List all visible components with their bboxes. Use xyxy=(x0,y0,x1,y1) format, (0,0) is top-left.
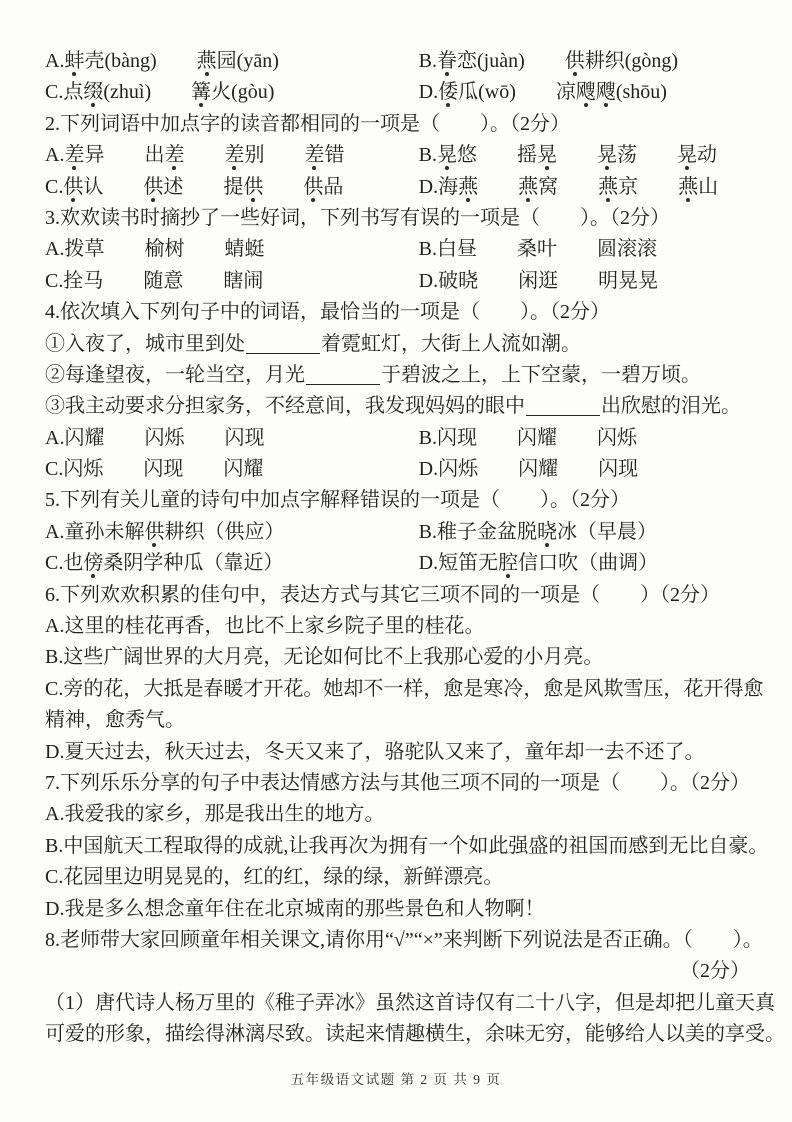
text-segment: C.花园里边明晃晃的，红的红，绿的绿，新鲜漂亮。 xyxy=(45,866,503,888)
line-column: A.这里的桂花再香，也比不上家乡院子里的桂花。 xyxy=(45,611,750,642)
line-column: B.闪现闪耀闪烁 xyxy=(419,423,750,454)
line-column: 5.下列有关儿童的诗句中加点字解释错误的一项是（ ）。（2分） xyxy=(45,485,750,516)
line-column: B.眷恋(juàn)供耕织(gòng) xyxy=(419,46,750,77)
line-column: D.倭瓜(wō)凉飕飕(shōu) xyxy=(419,77,750,108)
text-segment: A.闪耀 xyxy=(45,427,104,449)
emphasized-char: 晃 xyxy=(537,145,557,165)
emphasized-char: 差 xyxy=(304,145,324,165)
q8-score: （2分） xyxy=(45,956,750,987)
word: 燕园(yān) xyxy=(197,46,279,77)
text-segment: 闪现 xyxy=(143,458,183,480)
emphasized-char: 眷 xyxy=(437,51,457,71)
line-column: （1）唐代诗人杨万里的《稚子弄冰》虽然这首诗仅有二十八字，但是却把儿童天真 xyxy=(45,988,750,1019)
word: 4.依次填入下列句子中的词语，最恰当的一项是（ ）。（2分） xyxy=(45,297,610,328)
line-column: A.蚌壳(bàng)燕园(yān) xyxy=(45,46,419,77)
answer-blank[interactable] xyxy=(526,397,600,416)
line-column: 精神，愈秀气。 xyxy=(45,705,750,736)
line-column: 2.下列词语中加点字的读音都相同的一项是（ ）。（2分） xyxy=(45,109,750,140)
word: 桑叶 xyxy=(517,234,557,265)
emphasized-char: 燕 xyxy=(197,51,217,71)
q3-stem: 3.欢欢读书时摘抄了一些好词，下列书写有误的一项是（ ）。（2分） xyxy=(45,203,750,234)
word: 出差 xyxy=(144,140,184,171)
word: 可爱的形象，描绘得淋漓尽致。读起来情趣横生，余味无穷，能够给人以美的享受。 xyxy=(45,1019,785,1050)
text-segment: 述 xyxy=(163,176,183,198)
text-segment: 京 xyxy=(618,176,638,198)
word: 燕山 xyxy=(678,172,718,203)
q4-sentence-1: ①入夜了，城市里到处着霓虹灯，大街上人流如潮。 xyxy=(45,329,750,360)
word: 6.下列欢欢积累的佳句中，表达方式与其它三项不同的一项是（ ）（2分） xyxy=(45,580,720,611)
text-segment: 异 xyxy=(84,144,104,166)
word: D.闪烁 xyxy=(419,454,478,485)
word: D.破晓 xyxy=(419,266,478,297)
text-segment: 认 xyxy=(83,176,103,198)
text-segment: A.童孙未解 xyxy=(45,521,144,543)
text-segment: 明晃晃 xyxy=(598,270,658,292)
word: B.闪现 xyxy=(419,423,477,454)
word: A.闪耀 xyxy=(45,423,104,454)
text-segment: C.也 xyxy=(45,552,83,574)
emphasized-char: 供 xyxy=(63,177,83,197)
line-column: D.我是多么想念童年住在北京城南的那些景色和人物啊！ xyxy=(45,894,750,925)
text-segment: （1）唐代诗人杨万里的《稚子弄冰》虽然这首诗仅有二十八字，但是却把儿童天真 xyxy=(45,992,775,1014)
text-segment: 闪现 xyxy=(598,458,638,480)
word: 篝火(gòu) xyxy=(191,77,274,108)
text-segment: 蜻蜓 xyxy=(224,238,264,260)
word: D.海燕 xyxy=(419,172,478,203)
text-segment: D.破晓 xyxy=(419,270,478,292)
text-segment: 园(yān) xyxy=(217,50,279,72)
text-segment: 4.依次填入下列句子中的词语，最恰当的一项是（ ）。（2分） xyxy=(45,301,610,323)
emphasized-char: 晃 xyxy=(437,145,457,165)
word: 燕窝 xyxy=(518,172,558,203)
q3-options-ab: A.拨草榆树蜻蜓B.白昼桑叶圆滚滚 xyxy=(45,234,750,265)
line-column: A.我爱我的家乡，那是我出生的地方。 xyxy=(45,799,750,830)
emphasized-char: 燕 xyxy=(678,177,698,197)
text-segment: 冰（早晨） xyxy=(557,521,657,543)
text-segment: 圆滚滚 xyxy=(597,238,657,260)
text-segment: 凉 xyxy=(556,81,576,103)
text-segment: 8.老师带大家回顾童年相关课文,请你用“√”“×”来判断下列说法是否正确。（ ）… xyxy=(45,929,763,951)
q4-stem: 4.依次填入下列句子中的词语，最恰当的一项是（ ）。（2分） xyxy=(45,297,750,328)
line-column: C.点缀(zhuì)篝火(gòu) xyxy=(45,77,419,108)
text-segment: 出欣慰的泪光。 xyxy=(601,395,741,417)
word: 摇晃 xyxy=(517,140,557,171)
q3-options-cd: C.拴马随意瞎闹D.破晓闲逛明晃晃 xyxy=(45,266,750,297)
text-segment: 窝 xyxy=(538,176,558,198)
line-column: B.中国航天工程取得的成就,让我再次为拥有一个如此强盛的祖国而感到无比自豪。 xyxy=(45,831,750,862)
text-segment: (shōu) xyxy=(616,81,667,103)
text-segment: (zhuì) xyxy=(103,81,151,103)
text-segment: 别 xyxy=(244,144,264,166)
text-segment: 闲逛 xyxy=(518,270,558,292)
q1-options-ab: A.蚌壳(bàng)燕园(yān)B.眷恋(juàn)供耕织(gòng) xyxy=(45,46,750,77)
word: （2分） xyxy=(680,956,750,987)
word: C.也傍桑阴学种瓜（靠近） xyxy=(45,548,283,579)
text-segment: B.闪现 xyxy=(419,427,477,449)
text-segment: 悠 xyxy=(457,144,477,166)
emphasized-char: 差 xyxy=(164,145,184,165)
q6-stem: 6.下列欢欢积累的佳句中，表达方式与其它三项不同的一项是（ ）（2分） xyxy=(45,580,750,611)
line-column: A.拨草榆树蜻蜓 xyxy=(45,234,419,265)
word: 蜻蜓 xyxy=(224,234,264,265)
word: B.眷恋(juàn) xyxy=(419,46,525,77)
word: B.这些广阔世界的大月亮，无论如何比不上我那心爱的小月亮。 xyxy=(45,642,603,673)
text-segment: 精神，愈秀气。 xyxy=(45,709,185,731)
q4-sentence-3: ③我主动要求分担家务，不经意间，我发现妈妈的眼中出欣慰的泪光。 xyxy=(45,391,750,422)
text-segment: B.中国航天工程取得的成就,让我再次为拥有一个如此强盛的祖国而感到无比自豪。 xyxy=(45,835,768,857)
text-segment: 火(gòu) xyxy=(211,81,274,103)
emphasized-char: 倭 xyxy=(438,82,458,102)
line-column: B.白昼桑叶圆滚滚 xyxy=(419,234,750,265)
q7-stem: 7.下列乐乐分享的句子中表达情感方法与其他三项不同的一项是（ ）。（2分） xyxy=(45,768,750,799)
word: 闪烁 xyxy=(597,423,637,454)
word: B.晃悠 xyxy=(419,140,477,171)
emphasized-char: 燕 xyxy=(598,177,618,197)
text-segment: D.海 xyxy=(419,176,458,198)
word: 8.老师带大家回顾童年相关课文,请你用“√”“×”来判断下列说法是否正确。（ ）… xyxy=(45,925,763,956)
line-column: C.闪烁闪现闪耀 xyxy=(45,454,419,485)
word: 5.下列有关儿童的诗句中加点字解释错误的一项是（ ）。（2分） xyxy=(45,485,630,516)
q7-option-d: D.我是多么想念童年住在北京城南的那些景色和人物啊！ xyxy=(45,894,750,925)
text-segment: B.稚子金盆脱 xyxy=(419,521,537,543)
q6-option-a: A.这里的桂花再香，也比不上家乡院子里的桂花。 xyxy=(45,611,750,642)
word: 2.下列词语中加点字的读音都相同的一项是（ ）。（2分） xyxy=(45,109,570,140)
exam-page: A.蚌壳(bàng)燕园(yān)B.眷恋(juàn)供耕织(gòng)C.点缀… xyxy=(0,0,792,1122)
text-segment: 闪烁 xyxy=(144,427,184,449)
text-segment: 瞎闹 xyxy=(223,270,263,292)
word: ②每逢望夜，一轮当空，月光于碧波之上，上下空蒙，一碧万顷。 xyxy=(45,360,701,391)
text-segment: B.这些广阔世界的大月亮，无论如何比不上我那心爱的小月亮。 xyxy=(45,646,603,668)
emphasized-char: 蚌 xyxy=(64,51,84,71)
text-segment: 错 xyxy=(324,144,344,166)
line-column: ③我主动要求分担家务，不经意间，我发现妈妈的眼中出欣慰的泪光。 xyxy=(45,391,750,422)
text-segment: 桑叶 xyxy=(517,238,557,260)
text-segment: 6.下列欢欢积累的佳句中，表达方式与其它三项不同的一项是（ ）（2分） xyxy=(45,584,720,606)
text-segment: 7.下列乐乐分享的句子中表达情感方法与其他三项不同的一项是（ ）。（2分） xyxy=(45,772,750,794)
text-segment: 桑阴学种瓜（靠近） xyxy=(103,552,283,574)
word: 晃动 xyxy=(677,140,717,171)
text-segment: A. xyxy=(45,144,64,166)
text-segment: 山 xyxy=(698,176,718,198)
text-segment: C.拴马 xyxy=(45,270,103,292)
word: 随意 xyxy=(143,266,183,297)
q2-options-ab: A.差异出差差别差错B.晃悠摇晃晃荡晃动 xyxy=(45,140,750,171)
emphasized-char: 缀 xyxy=(83,82,103,102)
text-segment: 可爱的形象，描绘得淋漓尽致。读起来情趣横生，余味无穷，能够给人以美的享受。 xyxy=(45,1023,785,1045)
line-column: 3.欢欢读书时摘抄了一些好词，下列书写有误的一项是（ ）。（2分） xyxy=(45,203,750,234)
emphasized-char: 晃 xyxy=(597,145,617,165)
line-column: B.稚子金盆脱晓冰（早晨） xyxy=(419,517,750,548)
word: 3.欢欢读书时摘抄了一些好词，下列书写有误的一项是（ ）。（2分） xyxy=(45,203,670,234)
text-segment: C.闪烁 xyxy=(45,458,103,480)
word: 供耕织(gòng) xyxy=(565,46,678,77)
emphasized-char: 供 xyxy=(143,177,163,197)
word: 燕京 xyxy=(598,172,638,203)
text-segment: 壳(bàng) xyxy=(84,50,156,72)
line-column: ②每逢望夜，一轮当空，月光于碧波之上，上下空蒙，一碧万顷。 xyxy=(45,360,750,391)
text-segment: A. xyxy=(45,50,64,72)
line-column: 4.依次填入下列句子中的词语，最恰当的一项是（ ）。（2分） xyxy=(45,297,750,328)
text-segment: C. xyxy=(45,176,63,198)
word: 供品 xyxy=(303,172,343,203)
q4-options-ab: A.闪耀闪烁闪现B.闪现闪耀闪烁 xyxy=(45,423,750,454)
line-column: C.旁的花，大抵是春暖才开花。她却不一样，愈是寒冷，愈是风欺雪压，花开得愈 xyxy=(45,674,750,705)
word: A.拨草 xyxy=(45,234,104,265)
text-segment: 提 xyxy=(223,176,243,198)
word: 闪现 xyxy=(224,423,264,454)
answer-blank[interactable] xyxy=(246,335,320,354)
q4-sentence-2: ②每逢望夜，一轮当空，月光于碧波之上，上下空蒙，一碧万顷。 xyxy=(45,360,750,391)
emphasized-char: 晓 xyxy=(537,522,557,542)
q8-stem: 8.老师带大家回顾童年相关课文,请你用“√”“×”来判断下列说法是否正确。（ ）… xyxy=(45,925,750,956)
word: 闪现 xyxy=(598,454,638,485)
line-column: 6.下列欢欢积累的佳句中，表达方式与其它三项不同的一项是（ ）（2分） xyxy=(45,580,750,611)
emphasized-char: 燕 xyxy=(458,177,478,197)
text-segment: 闪现 xyxy=(224,427,264,449)
q1-options-cd: C.点缀(zhuì)篝火(gòu)D.倭瓜(wō)凉飕飕(shōu) xyxy=(45,77,750,108)
exam-body: A.蚌壳(bàng)燕园(yān)B.眷恋(juàn)供耕织(gòng)C.点缀… xyxy=(45,46,750,1051)
text-segment: D.短笛无 xyxy=(419,552,498,574)
text-segment: C.点 xyxy=(45,81,83,103)
line-column: B.晃悠摇晃晃荡晃动 xyxy=(419,140,750,171)
line-column: D.闪烁闪耀闪现 xyxy=(419,454,750,485)
line-column: C.供认供述提供供品 xyxy=(45,172,419,203)
text-segment: 闪烁 xyxy=(597,427,637,449)
text-segment: 出 xyxy=(144,144,164,166)
line-column: C.拴马随意瞎闹 xyxy=(45,266,419,297)
word: A.差异 xyxy=(45,140,104,171)
word: D.我是多么想念童年住在北京城南的那些景色和人物啊！ xyxy=(45,894,544,925)
word: B.白昼 xyxy=(419,234,477,265)
q2-stem: 2.下列词语中加点字的读音都相同的一项是（ ）。（2分） xyxy=(45,109,750,140)
emphasized-char: 供 xyxy=(144,522,164,542)
line-column: 7.下列乐乐分享的句子中表达情感方法与其他三项不同的一项是（ ）。（2分） xyxy=(45,768,750,799)
text-segment: （2分） xyxy=(680,960,750,982)
emphasized-char: 傍 xyxy=(83,553,103,573)
line-column: D.短笛无腔信口吹（曲调） xyxy=(419,548,750,579)
word: 差别 xyxy=(224,140,264,171)
word: 差错 xyxy=(304,140,344,171)
q7-option-c: C.花园里边明晃晃的，红的红，绿的绿，新鲜漂亮。 xyxy=(45,862,750,893)
text-segment: B. xyxy=(419,144,437,166)
word: 明晃晃 xyxy=(598,266,658,297)
word: 供述 xyxy=(143,172,183,203)
q6-option-c-line2: 精神，愈秀气。 xyxy=(45,705,750,736)
word: A.我爱我的家乡，那是我出生的地方。 xyxy=(45,799,384,830)
line-column: C.花园里边明晃晃的，红的红，绿的绿，新鲜漂亮。 xyxy=(45,862,750,893)
q5-stem: 5.下列有关儿童的诗句中加点字解释错误的一项是（ ）。（2分） xyxy=(45,485,750,516)
text-segment: 5.下列有关儿童的诗句中加点字解释错误的一项是（ ）。（2分） xyxy=(45,489,630,511)
text-segment: 耕织（供应） xyxy=(164,521,284,543)
text-segment: ③我主动要求分担家务，不经意间，我发现妈妈的眼中 xyxy=(45,395,525,417)
line-column: B.这些广阔世界的大月亮，无论如何比不上我那心爱的小月亮。 xyxy=(45,642,750,673)
text-segment: 摇 xyxy=(517,144,537,166)
word: A.这里的桂花再香，也比不上家乡院子里的桂花。 xyxy=(45,611,484,642)
word: 闪烁 xyxy=(144,423,184,454)
line-column: D.夏天过去，秋天过去，冬天又来了，骆驼队又来了，童年却一去不还了。 xyxy=(45,737,750,768)
text-segment: 随意 xyxy=(143,270,183,292)
word: 圆滚滚 xyxy=(597,234,657,265)
text-segment: 恋(juàn) xyxy=(457,50,525,72)
emphasized-char: 飕 xyxy=(596,82,616,102)
text-segment: D.闪烁 xyxy=(419,458,478,480)
word: C.拴马 xyxy=(45,266,103,297)
word: C.旁的花，大抵是春暖才开花。她却不一样，愈是寒冷，愈是风欺雪压，花开得愈 xyxy=(45,674,763,705)
text-segment: 于碧波之上，上下空蒙，一碧万顷。 xyxy=(381,364,701,386)
word: （1）唐代诗人杨万里的《稚子弄冰》虽然这首诗仅有二十八字，但是却把儿童天真 xyxy=(45,988,775,1019)
text-segment: 2.下列词语中加点字的读音都相同的一项是（ ）。（2分） xyxy=(45,113,570,135)
text-segment: D.夏天过去，秋天过去，冬天又来了，骆驼队又来了，童年却一去不还了。 xyxy=(45,741,704,763)
line-column: 8.老师带大家回顾童年相关课文,请你用“√”“×”来判断下列说法是否正确。（ ）… xyxy=(45,925,750,956)
text-segment: 信口吹（曲调） xyxy=(518,552,658,574)
answer-blank[interactable] xyxy=(306,366,380,385)
text-segment: 耕织(gòng) xyxy=(585,50,678,72)
word: 闲逛 xyxy=(518,266,558,297)
line-column: （2分） xyxy=(45,956,750,987)
word: 闪耀 xyxy=(223,454,263,485)
word: D.夏天过去，秋天过去，冬天又来了，骆驼队又来了，童年却一去不还了。 xyxy=(45,737,704,768)
word: B.稚子金盆脱晓冰（早晨） xyxy=(419,517,657,548)
emphasized-char: 差 xyxy=(64,145,84,165)
text-segment: D.我是多么想念童年住在北京城南的那些景色和人物啊！ xyxy=(45,898,544,920)
word: A.童孙未解供耕织（供应） xyxy=(45,517,284,548)
q7-option-a: A.我爱我的家乡，那是我出生的地方。 xyxy=(45,799,750,830)
word: C.点缀(zhuì) xyxy=(45,77,151,108)
q8-item-1-line2: 可爱的形象，描绘得淋漓尽致。读起来情趣横生，余味无穷，能够给人以美的享受。 xyxy=(45,1019,750,1050)
word: 闪耀 xyxy=(518,454,558,485)
word: D.短笛无腔信口吹（曲调） xyxy=(419,548,658,579)
word: 晃荡 xyxy=(597,140,637,171)
emphasized-char: 腔 xyxy=(498,553,518,573)
text-segment: 着霓虹灯，大街上人流如潮。 xyxy=(321,333,581,355)
line-column: A.童孙未解供耕织（供应） xyxy=(45,517,419,548)
emphasized-char: 晃 xyxy=(677,145,697,165)
q7-option-b: B.中国航天工程取得的成就,让我再次为拥有一个如此强盛的祖国而感到无比自豪。 xyxy=(45,831,750,862)
text-segment: B.白昼 xyxy=(419,238,477,260)
line-column: D.破晓闲逛明晃晃 xyxy=(419,266,750,297)
page-footer: 五年级语文试题 第 2 页 共 9 页 xyxy=(0,1068,792,1088)
word: B.中国航天工程取得的成就,让我再次为拥有一个如此强盛的祖国而感到无比自豪。 xyxy=(45,831,768,862)
word: 7.下列乐乐分享的句子中表达情感方法与其他三项不同的一项是（ ）。（2分） xyxy=(45,768,750,799)
line-column: 可爱的形象，描绘得淋漓尽致。读起来情趣横生，余味无穷，能够给人以美的享受。 xyxy=(45,1019,750,1050)
text-segment: 瓜(wō) xyxy=(458,81,516,103)
q8-item-1-line1: （1）唐代诗人杨万里的《稚子弄冰》虽然这首诗仅有二十八字，但是却把儿童天真 xyxy=(45,988,750,1019)
text-segment: C.旁的花，大抵是春暖才开花。她却不一样，愈是寒冷，愈是风欺雪压，花开得愈 xyxy=(45,678,763,700)
text-segment: 3.欢欢读书时摘抄了一些好词，下列书写有误的一项是（ ）。（2分） xyxy=(45,207,670,229)
q5-options-cd: C.也傍桑阴学种瓜（靠近）D.短笛无腔信口吹（曲调） xyxy=(45,548,750,579)
word: 精神，愈秀气。 xyxy=(45,705,185,736)
word: ③我主动要求分担家务，不经意间，我发现妈妈的眼中出欣慰的泪光。 xyxy=(45,391,741,422)
text-segment: 榆树 xyxy=(144,238,184,260)
line-column: ①入夜了，城市里到处着霓虹灯，大街上人流如潮。 xyxy=(45,329,750,360)
text-segment: 闪耀 xyxy=(517,427,557,449)
text-segment: ②每逢望夜，一轮当空，月光 xyxy=(45,364,305,386)
emphasized-char: 飕 xyxy=(576,82,596,102)
q4-options-cd: C.闪烁闪现闪耀D.闪烁闪耀闪现 xyxy=(45,454,750,485)
line-column: C.也傍桑阴学种瓜（靠近） xyxy=(45,548,419,579)
text-segment: 动 xyxy=(697,144,717,166)
line-column: D.海燕燕窝燕京燕山 xyxy=(419,172,750,203)
text-segment: A.拨草 xyxy=(45,238,104,260)
text-segment: A.我爱我的家乡，那是我出生的地方。 xyxy=(45,803,384,825)
text-segment: 品 xyxy=(323,176,343,198)
text-segment: 闪耀 xyxy=(223,458,263,480)
emphasized-char: 燕 xyxy=(518,177,538,197)
word: 凉飕飕(shōu) xyxy=(556,77,667,108)
q5-options-ab: A.童孙未解供耕织（供应）B.稚子金盆脱晓冰（早晨） xyxy=(45,517,750,548)
q6-option-c-line1: C.旁的花，大抵是春暖才开花。她却不一样，愈是寒冷，愈是风欺雪压，花开得愈 xyxy=(45,674,750,705)
word: C.花园里边明晃晃的，红的红，绿的绿，新鲜漂亮。 xyxy=(45,862,503,893)
emphasized-char: 供 xyxy=(303,177,323,197)
word: C.供认 xyxy=(45,172,103,203)
word: 瞎闹 xyxy=(223,266,263,297)
q2-options-cd: C.供认供述提供供品D.海燕燕窝燕京燕山 xyxy=(45,172,750,203)
word: 闪现 xyxy=(143,454,183,485)
text-segment: A.这里的桂花再香，也比不上家乡院子里的桂花。 xyxy=(45,615,484,637)
emphasized-char: 差 xyxy=(224,145,244,165)
word: 提供 xyxy=(223,172,263,203)
word: 榆树 xyxy=(144,234,184,265)
q6-option-d: D.夏天过去，秋天过去，冬天又来了，骆驼队又来了，童年却一去不还了。 xyxy=(45,737,750,768)
word: A.蚌壳(bàng) xyxy=(45,46,157,77)
text-segment: ①入夜了，城市里到处 xyxy=(45,333,245,355)
emphasized-char: 供 xyxy=(243,177,263,197)
q6-option-b: B.这些广阔世界的大月亮，无论如何比不上我那心爱的小月亮。 xyxy=(45,642,750,673)
emphasized-char: 篝 xyxy=(191,82,211,102)
word: C.闪烁 xyxy=(45,454,103,485)
emphasized-char: 供 xyxy=(565,51,585,71)
line-column: A.闪耀闪烁闪现 xyxy=(45,423,419,454)
text-segment: 闪耀 xyxy=(518,458,558,480)
text-segment: D. xyxy=(419,81,438,103)
word: ①入夜了，城市里到处着霓虹灯，大街上人流如潮。 xyxy=(45,329,581,360)
text-segment: B. xyxy=(419,50,437,72)
line-column: A.差异出差差别差错 xyxy=(45,140,419,171)
word: D.倭瓜(wō) xyxy=(419,77,516,108)
word: 闪耀 xyxy=(517,423,557,454)
text-segment: 荡 xyxy=(617,144,637,166)
